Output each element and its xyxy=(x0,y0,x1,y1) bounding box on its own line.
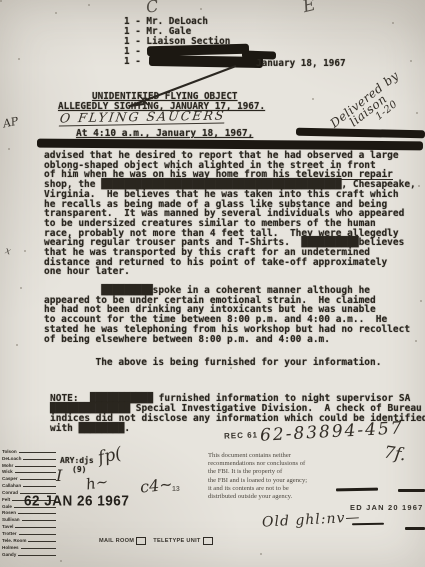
date-received-stamp: 62 JAN 26 1967 xyxy=(24,492,129,508)
routing-stamp-row: Wick xyxy=(2,468,57,475)
routing-stamp-row: Gandy xyxy=(2,550,57,557)
pen-dash xyxy=(405,527,425,530)
redaction-bar xyxy=(296,128,425,139)
routing-stamp-row: Tele. Room xyxy=(2,536,57,543)
pen-mark: E xyxy=(301,0,318,17)
body-paragraph-2: █████████spoke in a coherent manner alth… xyxy=(44,286,410,344)
routing-stamp-row: Sullivan xyxy=(2,515,57,522)
routing-stamp-row: Casper xyxy=(2,474,57,481)
mailroom-line: MAIL ROOMTELETYPE UNIT xyxy=(99,537,220,545)
pen-scribble: fp( xyxy=(96,444,123,469)
memo-date: January 18, 1967 xyxy=(256,58,346,69)
handwritten-flying-saucers: O FLYING SAUCERS xyxy=(59,108,227,127)
pen-scribble: I xyxy=(56,466,62,485)
pen-scribble: h~ xyxy=(85,472,110,493)
date-stamp-right: ED JAN 20 1967 xyxy=(350,503,424,512)
mailroom-checkbox xyxy=(136,537,146,545)
paper-noise xyxy=(0,0,2,2)
teletype-checkbox xyxy=(203,537,213,545)
redaction-bar xyxy=(37,139,423,150)
intro-line: At 4:10 a.m., January 18, 1967, xyxy=(76,128,253,139)
disclaimer-stamp: This document contains neither recommend… xyxy=(208,452,307,501)
closing-line: The above is being furnished for your in… xyxy=(44,357,381,368)
routing-stamp-row: Callahan xyxy=(2,481,57,488)
routing-stamp-row: Tolson xyxy=(2,447,57,454)
pen-dash xyxy=(336,488,378,491)
teletype-label: TELETYPE UNIT xyxy=(153,538,200,544)
rec-stamp: REC 61 xyxy=(224,430,258,440)
body-paragraph-1: advised that he desired to report that h… xyxy=(44,151,416,277)
pen-scribble: c4~ xyxy=(139,474,173,496)
margin-initials: AP xyxy=(2,115,20,131)
pen-mark: C xyxy=(145,0,160,17)
margin-pen-mark: x xyxy=(4,245,12,257)
routing-stamp-row: DeLoach xyxy=(2,454,57,461)
underline-mark xyxy=(112,179,393,180)
scanned-fbi-memo-page: C E 1 - Mr. DeLoach 1 - Mr. Gale 1 - Lia… xyxy=(0,0,425,567)
pen-scribble: 13 xyxy=(172,486,180,493)
typist-initials: ARY:djs xyxy=(60,456,94,465)
routing-stamp-row: Mohr xyxy=(2,461,57,468)
routing-stamp-row: Tavel xyxy=(2,522,57,529)
mailroom-label: MAIL ROOM xyxy=(99,538,134,544)
typist-count: (9) xyxy=(72,465,86,474)
routing-stamp-row: Rosen xyxy=(2,509,57,516)
handwritten-scribble-bottom: Old ghl:nv— xyxy=(262,509,361,530)
pen-dash xyxy=(398,489,425,492)
routing-stamp-row: Holmes xyxy=(2,543,57,550)
routing-stamp-row: Trotter xyxy=(2,529,57,536)
pen-initials: 7f. xyxy=(383,443,407,466)
